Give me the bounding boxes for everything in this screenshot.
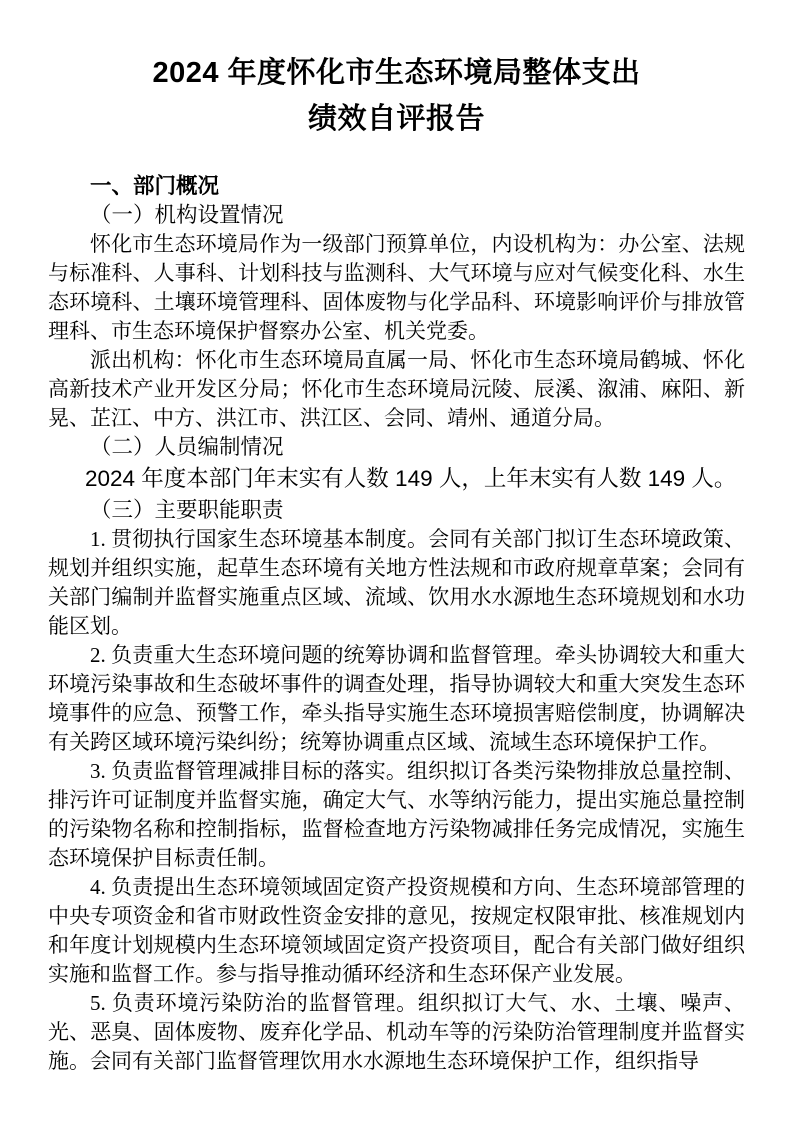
- document-title: 2024 年度怀化市生态环境局整体支出 绩效自评报告: [48, 50, 745, 142]
- duty-item-5: 5. 负责环境污染防治的监督管理。组织拟订大气、水、土壤、噪声、光、恶臭、固体废…: [48, 989, 745, 1076]
- subsection-heading-duties: （三）主要职能职责: [48, 496, 745, 525]
- document-body: 一、部门概况 （一）机构设置情况 怀化市生态环境局作为一级部门预算单位，内设机构…: [48, 172, 745, 1076]
- duty-item-4: 4. 负责提出生态环境领域固定资产投资规模和方向、生态环境部管理的中央专项资金和…: [48, 873, 745, 989]
- document-title-line-2: 绩效自评报告: [48, 96, 745, 142]
- document-title-line-1: 2024 年度怀化市生态环境局整体支出: [48, 50, 745, 96]
- duty-item-3: 3. 负责监督管理减排目标的落实。组织拟订各类污染物排放总量控制、排污许可证制度…: [48, 757, 745, 873]
- subsection-heading-staffing: （二）人员编制情况: [48, 433, 745, 462]
- duty-item-2: 2. 负责重大生态环境问题的统筹协调和监督管理。牵头协调较大和重大环境污染事故和…: [48, 641, 745, 757]
- subsection-heading-org-setup: （一）机构设置情况: [48, 201, 745, 230]
- paragraph-internal-organs: 怀化市生态环境局作为一级部门预算单位，内设机构为：办公室、法规与标准科、人事科、…: [48, 230, 745, 346]
- section-heading-department-overview: 一、部门概况: [48, 172, 745, 201]
- staffing-headcount-statement: 2024 年度本部门年末实有人数 149 人，上年末实有人数 149 人。: [48, 463, 745, 495]
- duty-item-1: 1. 贯彻执行国家生态环境基本制度。会同有关部门拟订生态环境政策、规划并组织实施…: [48, 525, 745, 641]
- document-page: 2024 年度怀化市生态环境局整体支出 绩效自评报告 一、部门概况 （一）机构设…: [0, 0, 793, 1122]
- paragraph-dispatched-agencies: 派出机构：怀化市生态环境局直属一局、怀化市生态环境局鹤城、怀化高新技术产业开发区…: [48, 346, 745, 433]
